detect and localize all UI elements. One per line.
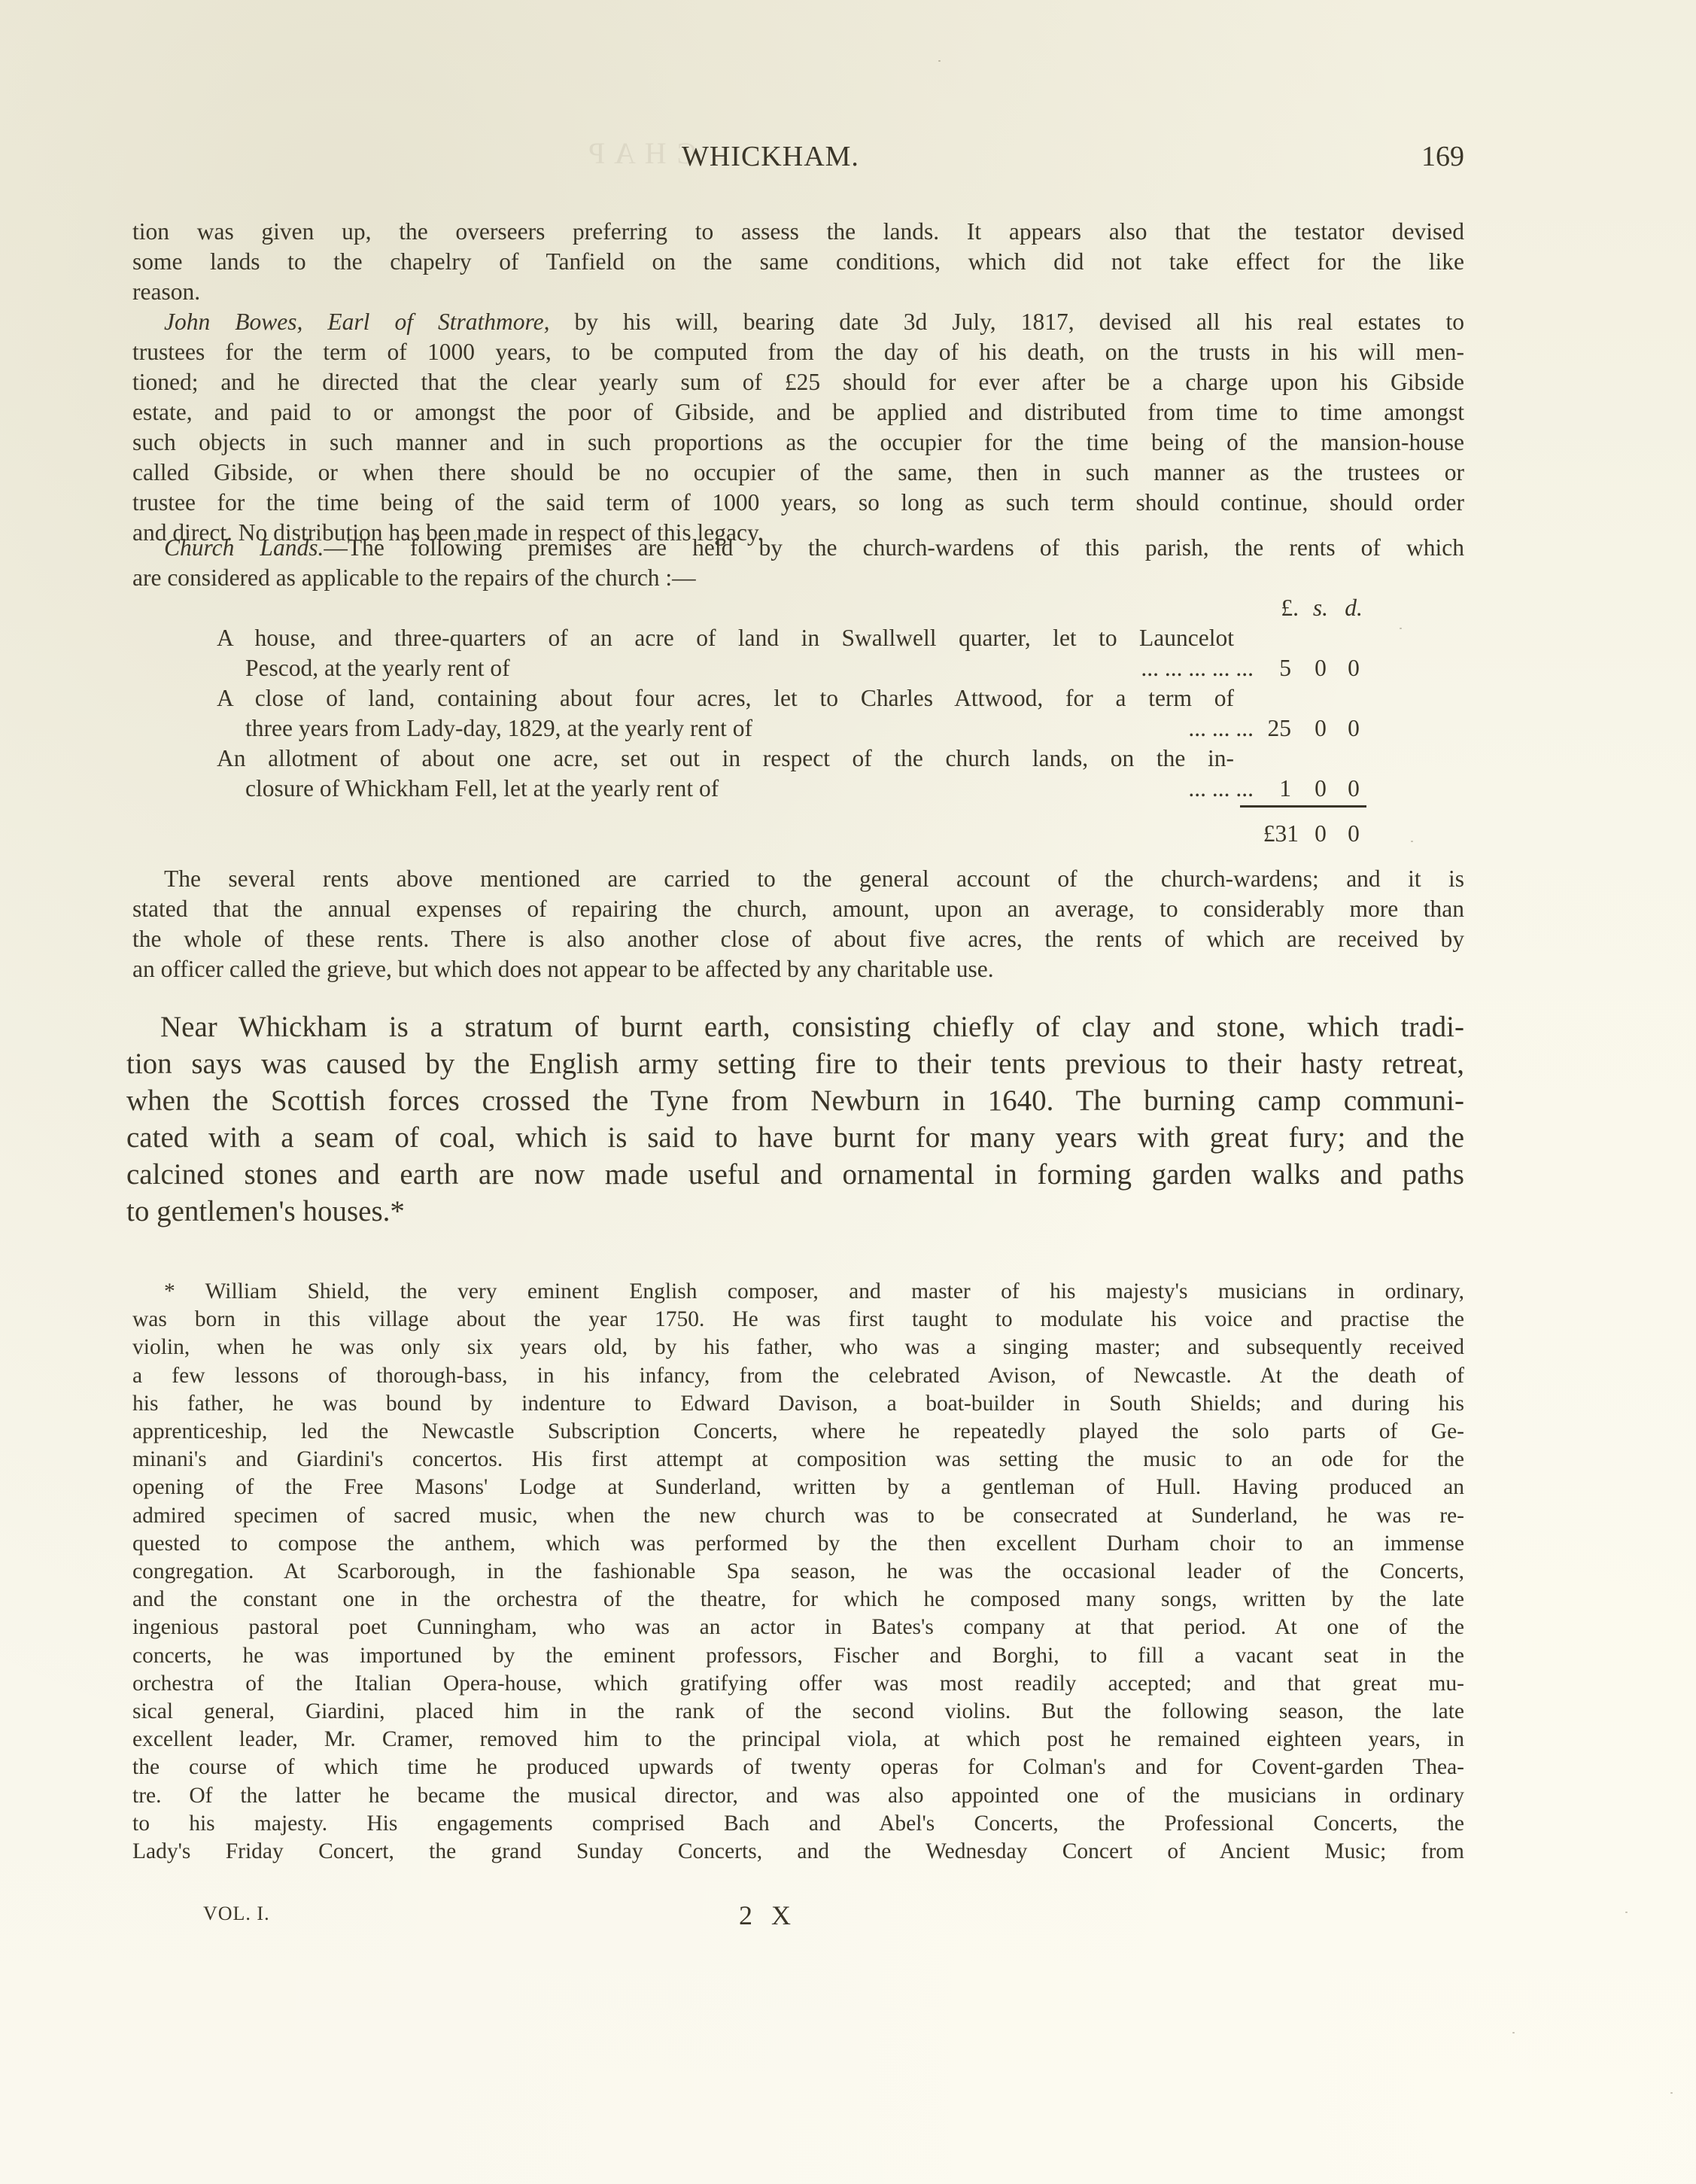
footnote-line: quested to compose the anthem, which was… [132, 1530, 1464, 1558]
total-pence: 0 [1342, 819, 1365, 849]
rent-description: An allotment of about one acre, set out … [132, 744, 1234, 774]
footnote-line: a few lessons of thorough-bass, in his i… [132, 1362, 1464, 1390]
footnote-line: ingenious pastoral poet Cunningham, who … [132, 1614, 1464, 1641]
text-line: tion was given up, the overseers preferr… [132, 217, 1464, 247]
text-line: are considered as applicable to the repa… [132, 563, 1464, 593]
rent-description: A house, and three-quarters of an acre o… [132, 623, 1234, 653]
book-page: C H A P WHICKHAM. 169 tion was given up,… [0, 0, 1696, 2184]
rent-pence: 0 [1342, 713, 1365, 744]
footnote-line: orchestra of the Italian Opera-house, wh… [132, 1670, 1464, 1698]
text-line: Church Lands.—The following premises are… [132, 533, 1464, 563]
footnote-line: opening of the Free Masons' Lodge at Sun… [132, 1474, 1464, 1501]
text-line: when the Scottish forces crossed the Tyn… [126, 1082, 1464, 1119]
text-line: estate, and paid to or amongst the poor … [132, 397, 1464, 427]
footnote-line: the course of which time he produced upw… [132, 1754, 1464, 1781]
sum-rule [1240, 805, 1366, 808]
text-line: an officer called the grieve, but which … [132, 954, 1464, 984]
paper-speck [1670, 2092, 1673, 2094]
footnote-line: * William Shield, the very eminent Engli… [132, 1278, 1464, 1306]
footnote-line: concerts, he was importuned by the emine… [132, 1642, 1464, 1670]
signature-mark: 2 X [739, 1900, 797, 1931]
running-head: WHICKHAM. 169 [132, 140, 1464, 178]
footnote-line: sical general, Giardini, placed him in t… [132, 1698, 1464, 1726]
page-number: 169 [1421, 140, 1464, 173]
rent-pounds: 5 [1279, 653, 1291, 683]
column-shillings: s. [1309, 593, 1332, 623]
total-pounds: £31 [1263, 819, 1299, 849]
rent-pence: 0 [1342, 653, 1365, 683]
text-line: to gentlemen's houses.* [126, 1193, 1464, 1230]
paragraph-church-lands: Church Lands.—The following premises are… [132, 533, 1464, 593]
rent-shillings: 0 [1309, 653, 1332, 683]
paper-speck [1625, 1912, 1628, 1913]
volume-label: VOL. I. [203, 1903, 270, 1925]
paper-speck [1411, 841, 1413, 842]
text-line: stated that the annual expenses of repai… [132, 894, 1464, 924]
page-footer: VOL. I. 2 X [0, 1903, 1696, 1936]
rent-row: A house, and three-quarters of an acre o… [132, 623, 1464, 683]
text-line: calcined stones and earth are now made u… [126, 1156, 1464, 1193]
text-line: trustees for the term of 1000 years, to … [132, 337, 1464, 367]
text-line: tioned; and he directed that the clear y… [132, 367, 1464, 397]
total-shillings: 0 [1309, 819, 1332, 849]
text-line: some lands to the chapelry of Tanfield o… [132, 247, 1464, 277]
rents-table: £. s. d. A house, and three-quarters of … [132, 593, 1464, 849]
footnote-line: excellent leader, Mr. Cramer, removed hi… [132, 1726, 1464, 1754]
paragraph-testator: tion was given up, the overseers preferr… [132, 217, 1464, 307]
footnote-line: his father, he was bound by indenture to… [132, 1390, 1464, 1418]
text-line: the whole of these rents. There is also … [132, 924, 1464, 954]
rents-table-header: £. s. d. [132, 593, 1464, 623]
rent-pence: 0 [1342, 774, 1365, 804]
footnote-line: congregation. At Scarborough, in the fas… [132, 1558, 1464, 1586]
footnote-line: admired specimen of sacred music, when t… [132, 1502, 1464, 1530]
footnote-line: apprenticeship, led the Newcastle Subscr… [132, 1418, 1464, 1446]
rent-total-row: £31 0 0 [132, 819, 1464, 849]
text-line: such objects in such manner and in such … [132, 427, 1464, 458]
dot-leaders: ... ... ... [132, 774, 1254, 804]
rent-description: A close of land, containing about four a… [132, 683, 1234, 713]
footnote-line: tre. Of the latter he became the musical… [132, 1782, 1464, 1810]
paper-speck [938, 60, 941, 62]
italic-heading: Church Lands. [164, 534, 324, 561]
paragraph-john-bowes: John Bowes, Earl of Strathmore, by his w… [132, 307, 1464, 548]
text-line: cated with a seam of coal, which is said… [126, 1119, 1464, 1156]
paragraph-rents-account: The several rents above mentioned are ca… [132, 864, 1464, 984]
paper-speck [1400, 628, 1402, 629]
rent-shillings: 0 [1309, 713, 1332, 744]
column-pounds: £. [1281, 593, 1299, 623]
rent-shillings: 0 [1309, 774, 1332, 804]
text-line: tion says was caused by the English army… [126, 1045, 1464, 1082]
footnote-line: violin, when he was only six years old, … [132, 1334, 1464, 1361]
text-line: trustee for the time being of the said t… [132, 488, 1464, 518]
paper-speck [1512, 2032, 1515, 2033]
running-title: WHICKHAM. [682, 140, 859, 173]
column-pence: d. [1342, 593, 1365, 623]
dot-leaders: ... ... ... [132, 713, 1254, 744]
text-line: John Bowes, Earl of Strathmore, by his w… [132, 307, 1464, 337]
footnote-line: Lady's Friday Concert, the grand Sunday … [132, 1838, 1464, 1866]
text-line: reason. [132, 277, 1464, 307]
text-line: The several rents above mentioned are ca… [132, 864, 1464, 894]
footnote-line: to his majesty. His engagements comprise… [132, 1810, 1464, 1838]
footnote-william-shield: * William Shield, the very eminent Engli… [132, 1278, 1464, 1866]
dot-leaders: ... ... ... ... ... [132, 653, 1254, 683]
italic-name: John Bowes, Earl of Strathmore, [164, 309, 549, 335]
text-line: called Gibside, or when there should be … [132, 458, 1464, 488]
rent-row: An allotment of about one acre, set out … [132, 744, 1464, 804]
text-line: Near Whickham is a stratum of burnt eart… [126, 1008, 1464, 1045]
footnote-line: minani's and Giardini's concertos. His f… [132, 1446, 1464, 1474]
rent-row: A close of land, containing about four a… [132, 683, 1464, 744]
footnote-line: and the constant one in the orchestra of… [132, 1586, 1464, 1614]
footnote-line: was born in this village about the year … [132, 1306, 1464, 1334]
main-passage-burnt-earth: Near Whickham is a stratum of burnt eart… [126, 1008, 1464, 1230]
rent-pounds: 25 [1268, 713, 1292, 744]
rent-pounds: 1 [1279, 774, 1291, 804]
